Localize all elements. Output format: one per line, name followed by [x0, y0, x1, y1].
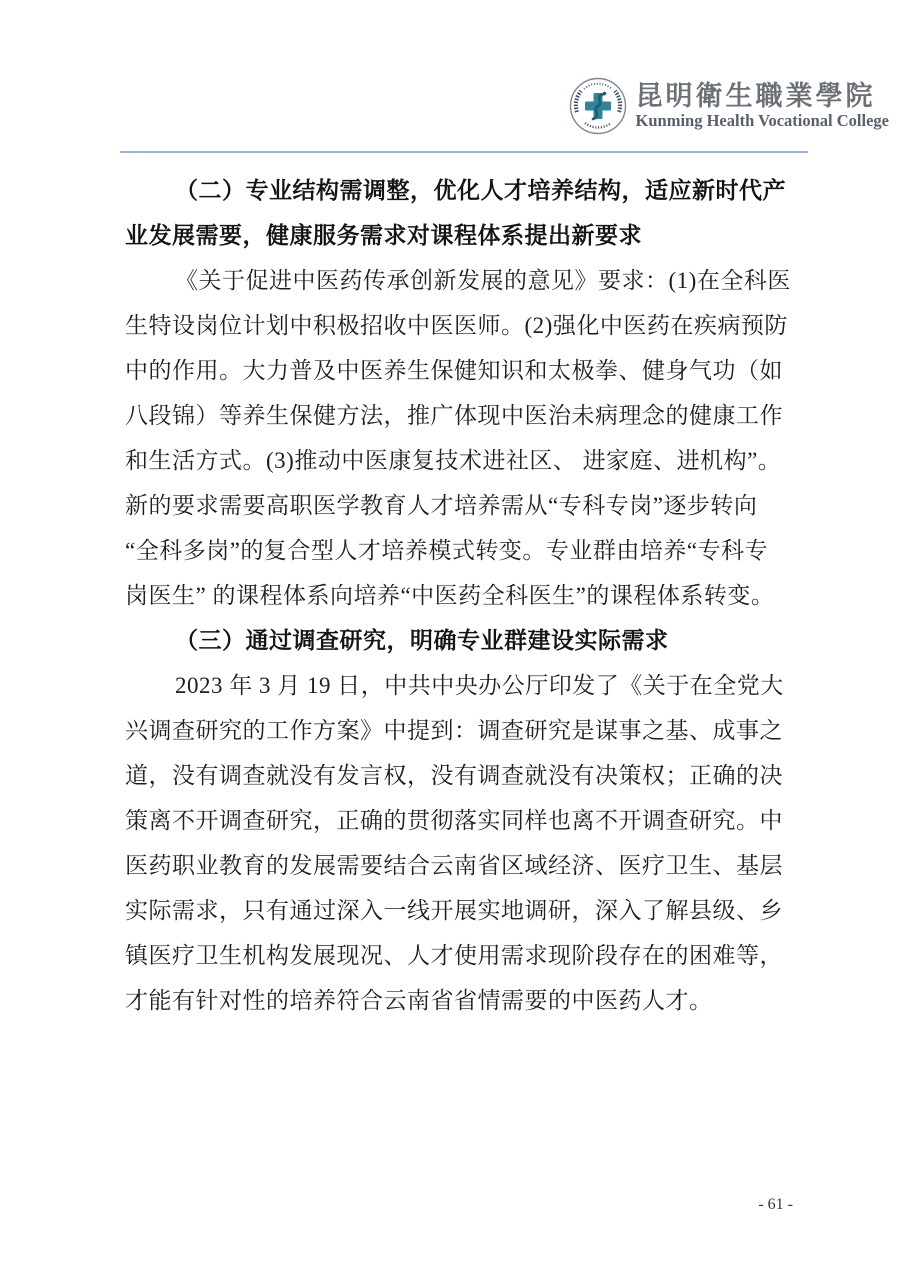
- college-name-en: Kunming Health Vocational College: [636, 111, 889, 131]
- section3-paragraph-line: 2023 年 3 月 19 日，中共中央办公厅印发了《关于在全党大: [125, 663, 815, 708]
- page-header: 昆明衛生職業學院 Kunming Health Vocational Colle…: [568, 76, 889, 136]
- section3-paragraph-line: 镇医疗卫生机构发展现况、人才使用需求现阶段存在的困难等，: [125, 933, 815, 978]
- section2-heading-line: （二）专业结构需调整，优化人才培养结构，适应新时代产: [125, 168, 815, 213]
- section3-paragraph-line: 实际需求，只有通过深入一线开展实地调研，深入了解县级、乡: [125, 888, 815, 933]
- section2-paragraph-line: 生特设岗位计划中积极招收中医医师。(2)强化中医药在疾病预防: [125, 303, 815, 348]
- section2-paragraph-line: 新的要求需要高职医学教育人才培养需从“专科专岗”逐步转向: [125, 483, 815, 528]
- section3-paragraph-line: 医药职业教育的发展需要结合云南省区域经济、医疗卫生、基层: [125, 843, 815, 888]
- section2-paragraph-line: 中的作用。大力普及中医养生保健知识和太极拳、健身气功（如: [125, 348, 815, 393]
- college-name-zh: 昆明衛生職業學院: [636, 81, 889, 111]
- section3-paragraph-line: 才能有针对性的培养符合云南省省情需要的中医药人才。: [125, 978, 815, 1023]
- section2-paragraph-line: 八段锦）等养生保健方法，推广体现中医治未病理念的健康工作: [125, 393, 815, 438]
- document-page: 昆明衛生職業學院 Kunming Health Vocational Colle…: [0, 0, 905, 1280]
- section2-paragraph-line: 岗医生” 的课程体系向培养“中医药全科医生”的课程体系转变。: [125, 573, 815, 618]
- college-seal-icon: [568, 76, 628, 136]
- header-divider-rule: [120, 151, 808, 153]
- section3-paragraph-line: 道，没有调查就没有发言权，没有调查就没有决策权；正确的决: [125, 753, 815, 798]
- section2-paragraph-line: 和生活方式。(3)推动中医康复技术进社区、 进家庭、进机构”。: [125, 438, 815, 483]
- section3-heading-line: （三）通过调查研究，明确专业群建设实际需求: [125, 618, 815, 663]
- section3-paragraph-line: 策离不开调查研究，正确的贯彻落实同样也离不开调查研究。中: [125, 798, 815, 843]
- college-seal-logo: [568, 76, 628, 136]
- section2-heading-line: 业发展需要，健康服务需求对课程体系提出新要求: [125, 213, 815, 258]
- college-titles: 昆明衛生職業學院 Kunming Health Vocational Colle…: [636, 81, 889, 131]
- section3-paragraph-line: 兴调查研究的工作方案》中提到：调查研究是谋事之基、成事之: [125, 708, 815, 753]
- document-body: （二）专业结构需调整，优化人才培养结构，适应新时代产 业发展需要，健康服务需求对…: [125, 168, 815, 1023]
- section2-paragraph-line: “全科多岗”的复合型人才培养模式转变。专业群由培养“专科专: [125, 528, 815, 573]
- page-number: - 61 -: [758, 1196, 793, 1214]
- section2-paragraph-line: 《关于促进中医药传承创新发展的意见》要求：(1)在全科医: [125, 258, 815, 303]
